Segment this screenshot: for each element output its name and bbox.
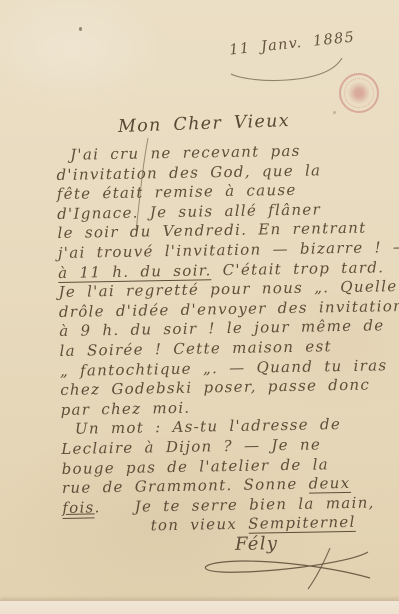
date-flourish-stroke xyxy=(227,56,347,86)
text-segment: ton vieux xyxy=(150,515,248,535)
ink-speck xyxy=(333,111,336,114)
underlined-text: fois xyxy=(62,498,95,519)
text-segment: bouge pas de l'atelier de la xyxy=(61,455,329,478)
underlined-text: deux xyxy=(308,474,350,494)
text-segment: d'invitation des God, que la xyxy=(56,161,321,184)
ink-speck xyxy=(79,27,82,31)
text-segment: rue de Grammont. Sonne xyxy=(62,475,309,497)
scanned-letter-page: { "colors": { "paper": "#e8dabd", "paper… xyxy=(0,0,399,614)
text-segment: par chez moi. xyxy=(60,398,190,418)
text-segment: fête était remise à cause xyxy=(57,181,297,203)
signature-flourish xyxy=(198,548,376,590)
text-segment: J'ai cru ne recevant pas xyxy=(70,142,301,164)
letter-body: J'ai cru ne recevant pasd'invitation des… xyxy=(56,140,393,557)
underlined-text: Sempiternel xyxy=(248,513,356,534)
collection-stamp xyxy=(339,73,379,113)
paper-bottom-edge xyxy=(0,600,399,614)
stamp-emblem xyxy=(348,82,370,104)
text-segment: C'était trop tard. xyxy=(211,258,384,279)
text-segment: d'Ignace. Je suis allé flâner xyxy=(57,200,321,223)
underlined-text: à 11 h. du soir. xyxy=(58,261,212,283)
text-segment: Leclaire à Dijon ? — Je ne xyxy=(61,435,321,458)
text-segment: Un mot : As-tu l'adresse de xyxy=(75,415,341,438)
